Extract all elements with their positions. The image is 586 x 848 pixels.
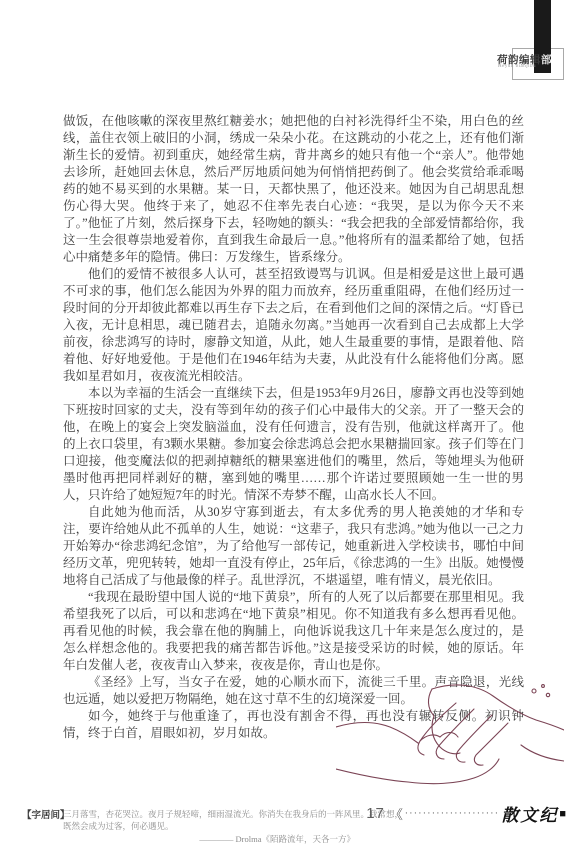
paragraph: 他们的爱情不被很多人认可，甚至招致谩骂与讥讽。但是相爱是这世上最可遇不可求的事，… xyxy=(63,266,524,385)
angle-bracket-mark: 《 xyxy=(390,804,403,823)
article-text: 做饭，在他咳嗽的深夜里熬红糖姜水；她把他的白衬衫洗得纤尘不染，用白色的丝线，盖住… xyxy=(63,113,524,742)
dotted-leader: ····················· xyxy=(405,808,499,818)
footer-pagination: 17 《 ····················· 散文纪 ■ xyxy=(366,801,566,826)
paragraph: 做饭，在他咳嗽的深夜里熬红糖姜水；她把他的白衬衫洗得纤尘不染，用白色的丝线，盖住… xyxy=(63,113,524,266)
footer-quote-line: 三月落雪，杏花哭泣。夜月子规轻啼，细雨湿流光。你消失在我身后的一阵风里。我常想， xyxy=(63,808,355,820)
magazine-page: 荷韵编辑部 Heyun bianjibu 做饭，在他咳嗽的深夜里熬红糖姜水；她把… xyxy=(0,0,586,848)
footer-quote: 三月落雪，杏花哭泣。夜月子规轻啼，细雨湿流光。你消失在我身后的一阵风里。我常想，… xyxy=(63,808,355,845)
footer-quote-line: 既然会成为过客，何必遇见。 xyxy=(63,820,355,832)
clasped-hands-illustration xyxy=(336,681,564,801)
stamp-title-light: 部 xyxy=(541,55,552,66)
paragraph: 本以为幸福的生活会一直继续下去，但是1953年9月26日，廖静文再也没等到她下班… xyxy=(63,385,524,504)
stamp-subtitle: Heyun bianjibu xyxy=(498,64,536,69)
magazine-title: 散文纪 xyxy=(501,801,558,826)
end-square-mark: ■ xyxy=(559,808,566,820)
paragraph: “我现在最盼望中国人说的“地下黄泉”，所有的人死了以后都要在那里相见。我希望我死… xyxy=(63,589,524,674)
paragraph: 自此她为他而活，从30岁守寡到逝去，有太多优秀的男人艳羡她的才华和专注，要许给她… xyxy=(63,504,524,589)
page-number: 17 xyxy=(366,805,385,822)
footer-attribution: ———— Drolma《陌路流年，天各一方》 xyxy=(63,833,355,845)
